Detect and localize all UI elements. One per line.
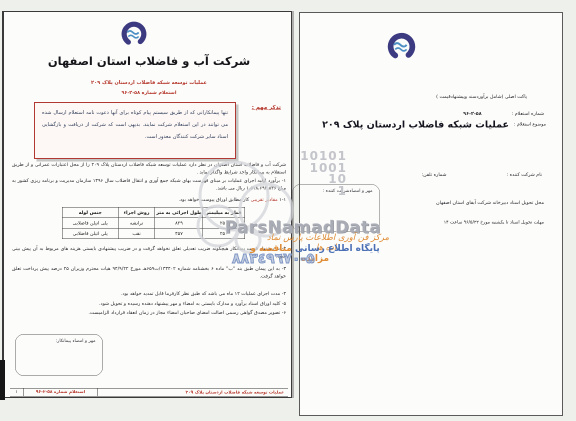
clause-3: ۳- به این پیمان طبق بند "ب" ماده ۶ بخشنا… <box>12 265 286 280</box>
col-method: روش اجراء <box>118 207 155 218</box>
contractor-stamp-box: مهر و امضاء پیمانکار: <box>15 334 103 376</box>
intro-paragraph: شرکت آب و فاضلاب استان اصفهان در نظر دار… <box>12 161 286 176</box>
page-inquiry-terms: شرکت آب و فاضلاب استان اصفهان عملیات توس… <box>2 11 292 398</box>
approx-quantities-highlight: مقادیر تقریبی <box>251 197 278 203</box>
page-envelope-cover: پاکت اصلی (شامل برآوردسند وپیشنهادقیمت )… <box>299 12 563 416</box>
subject-label: موضوع استعلام : <box>514 122 546 127</box>
inquiry-number-value: ۹۶-۲-۵۸ <box>463 111 481 117</box>
footer-inquiry-number: استعلام شماره ۵۸-۲-۹۶ <box>23 389 98 397</box>
abfa-logo <box>118 19 150 48</box>
important-note-label: تذکر مهم : <box>252 104 281 111</box>
participant-row: نام شرکت کننده : شماره تلفن: <box>422 172 542 178</box>
clause-1: ۱- برآورد اولیه اجرای عملیات بر مبنای فه… <box>12 177 286 192</box>
project-title: عملیات توسعه شبکه فاضلاب اردستان پلاک ۲۰… <box>4 80 294 86</box>
important-note-box: تنها پیمانکارانی که از طریق سیستم پیام ک… <box>34 102 236 159</box>
participant-stamp-box: مهر و امضاءشرکت کننده : <box>292 184 380 232</box>
table-row: ۲۵۰ ۴۵۷ نقب پلی اتیلن فاضلابی <box>62 228 245 239</box>
participant-stamp-label: مهر و امضاءشرکت کننده : <box>323 189 373 194</box>
main-envelope-label: پاکت اصلی (شامل برآوردسند وپیشنهادقیمت ) <box>436 94 527 100</box>
clause-1-1: ۱-۱ مقادیر تقریبی کار مطابق اوراق پیوست … <box>12 196 286 204</box>
footer-page-number: ۱ <box>10 389 23 397</box>
delivery-place: محل تحویل اسناد دبیرخانه شرکت آبفای استا… <box>436 200 544 206</box>
subject-row: موضوع استعلام : عملیات شبکه فاضلاب اردست… <box>322 119 546 130</box>
clause-4: ۴- مدت اجرای عملیات ۱۲ ماه می باشد که طب… <box>12 290 286 298</box>
table-header-row: قطر به میلیمتر طول اجرائی به متر روش اجر… <box>62 207 245 218</box>
estimate-table: قطر به میلیمتر طول اجرائی به متر روش اجر… <box>62 207 245 239</box>
phone-number-label: شماره تلفن: <box>422 172 447 178</box>
contractor-stamp-label: مهر و امضاء پیمانکار: <box>56 339 96 344</box>
inquiry-number-row: شماره استعلام : ۹۶-۲-۵۸ <box>463 111 544 117</box>
clause-5: ۵- کلیه اوراق اسناد برآورد و مدارک بایست… <box>12 300 286 308</box>
footer-project-title: عملیات توسعه شبکه فاضلاب اردستان پلاک ۲۰… <box>98 390 288 395</box>
col-pipe-type: جنس لوله <box>62 207 118 218</box>
inquiry-number: استعلام شماره ۵۸-۲-۹۶ <box>4 90 294 96</box>
clause-6: ۶- تصویر مصدق گواهی رسمی اصالت امضای صاح… <box>12 309 286 317</box>
delivery-deadline: مهلت تحویل اسناد تا یکشنبه مورخ ۹۶/۵/۲۲ … <box>444 220 544 225</box>
table-row: ۲۵۰ ۸۲۹ ترانشه پلی اتیلن فاضلابی <box>62 218 245 229</box>
page-footer: عملیات توسعه شبکه فاضلاب اردستان پلاک ۲۰… <box>10 388 288 397</box>
participant-name-label: نام شرکت کننده : <box>507 172 542 178</box>
clause-2: ۲- به پیشنهاد قیمت پیمانکار هیچگونه ضریب… <box>12 245 286 260</box>
inquiry-number-label: شماره استعلام : <box>512 111 544 117</box>
subject-value: عملیات شبکه فاضلاب اردستان پلاک ۲۰۹ <box>322 119 509 130</box>
col-diameter: قطر به میلیمتر <box>203 207 245 218</box>
company-name: شرکت آب و فاضلاب استان اصفهان <box>4 55 294 68</box>
scan-artifact-strip <box>0 360 5 400</box>
col-length: طول اجرائی به متر <box>155 207 203 218</box>
abfa-logo <box>384 30 419 62</box>
scanned-tender-document: شرکت آب و فاضلاب استان اصفهان عملیات توس… <box>0 0 576 421</box>
